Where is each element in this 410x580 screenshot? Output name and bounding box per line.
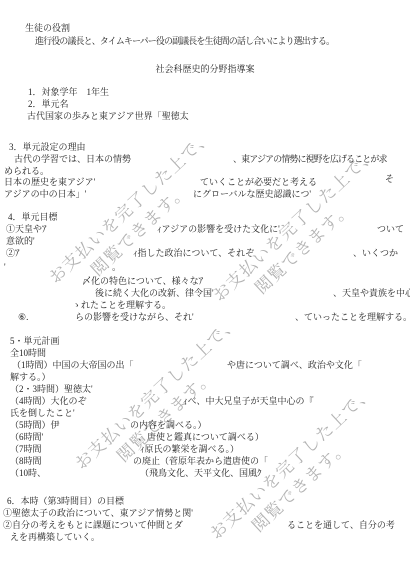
document-line: （8時間 <box>10 456 42 467</box>
payment-watermark-line2: 閲覧できます。 <box>221 398 394 562</box>
document-line: 6．本時（第3時間目）の目標 <box>7 496 124 507</box>
document-line: 5・単元計画 <box>10 336 60 347</box>
document-line: 、唐使と鑑真について調べる） <box>138 432 264 443</box>
document-line: （5時間）伊 <box>10 420 60 431</box>
document-line: ていくことが必要だと考える <box>200 177 317 188</box>
document-line: そ <box>385 174 394 185</box>
document-line: ることを通して、自分の考 <box>287 520 395 531</box>
document-line: ' <box>4 262 6 273</box>
document-line: 4．単元目標 <box>8 212 58 223</box>
document-line: 、東アジアの情勢に視野を広げることが求 <box>233 154 387 165</box>
document-line: （10時、 <box>10 468 46 479</box>
document-title: 社会科歴史的分野指導案 <box>0 64 410 75</box>
document-line: や唐について調べ、政治や文化「 <box>227 360 362 371</box>
document-line: 解する。） <box>10 372 51 383</box>
document-line: 。 <box>112 262 121 273</box>
document-line: 3．単元設定の理由 <box>9 142 86 153</box>
document-line: 氏を倒したこと' <box>10 408 75 419</box>
document-line: にグローバルな歴史認識につ' <box>193 189 311 200</box>
document-line: ｨべ、中大兄皇子が天皇中心の『 <box>183 396 314 407</box>
document-line: えを再構築していく。 <box>10 532 100 543</box>
document-line: 、天皇や貴族を中心と <box>333 288 410 299</box>
document-line: ゝれたことを理解する。 <box>72 300 171 311</box>
document-line: （7時間 <box>10 444 42 455</box>
document-line: （2・3時間）聖徳太' <box>10 384 93 395</box>
document-line: （飛鳥文化、天平文化、国風ｸ <box>140 468 262 479</box>
document-line: 生徒の役割 <box>25 23 70 34</box>
document-line: 意欲的' <box>6 236 35 247</box>
document-line: 〆化の特色について、様々なｱ <box>82 276 203 287</box>
document-line: められる。 <box>4 166 49 177</box>
document-line: の廃止（菅原年表から遣唐使の「 <box>133 456 268 467</box>
document-line: ｨ原氏の繁栄を調べる。） <box>140 444 239 455</box>
document-line: （4時間）大化のぞ <box>10 396 87 407</box>
document-line: 後に続く大化の改新、律令国' <box>95 288 214 299</box>
document-line: アジアの中の日本」' <box>4 189 86 200</box>
document-line: 日本の歴史を東アジア' <box>4 177 95 188</box>
document-line: （1時間）中国の大帝国の出「 <box>12 360 134 371</box>
document-line: ⑥. <box>18 312 28 323</box>
document-line: 2．単元名 <box>28 99 69 110</box>
document-line: 、いくつか <box>353 248 398 259</box>
document-line: ついて <box>377 224 404 235</box>
document-line: ①聖徳太子の政治について、東アジア情勢と関' <box>3 508 193 519</box>
document-line: の内容を調べる。） <box>130 420 207 431</box>
scanned-document-page: お支払いを完了した上で、閲覧できます。お支払いを完了した上で、閲覧できます。お支… <box>0 0 410 580</box>
document-line: 1．対象学年 1年生 <box>28 87 109 98</box>
document-line: 全10時間 <box>10 348 46 359</box>
document-line: （6時間' <box>10 432 43 443</box>
document-line: らの影響を受けながら、それ' <box>75 312 194 323</box>
document-line: 、ていったことを理解する。 <box>295 312 410 323</box>
document-line: 進行役の議長と、タイムキーパー役の副議長を生徒間の話し合いにより選出する。 <box>35 36 334 47</box>
document-line: 古代の学習では、日本の情勢 <box>14 154 131 165</box>
document-line: ②自分の考えをもとに課題について仲間とダ <box>3 520 183 531</box>
document-line: ｨ指した政治について、それぞ <box>133 248 254 259</box>
document-line: 古代国家の歩みと東アジア世界「聖徳太 <box>27 111 189 122</box>
document-line: ②ｱ <box>6 248 20 259</box>
document-line: ①天皇やｱ <box>6 224 47 235</box>
document-line: ｨアジアの影響を受けた文化に' <box>157 224 280 235</box>
